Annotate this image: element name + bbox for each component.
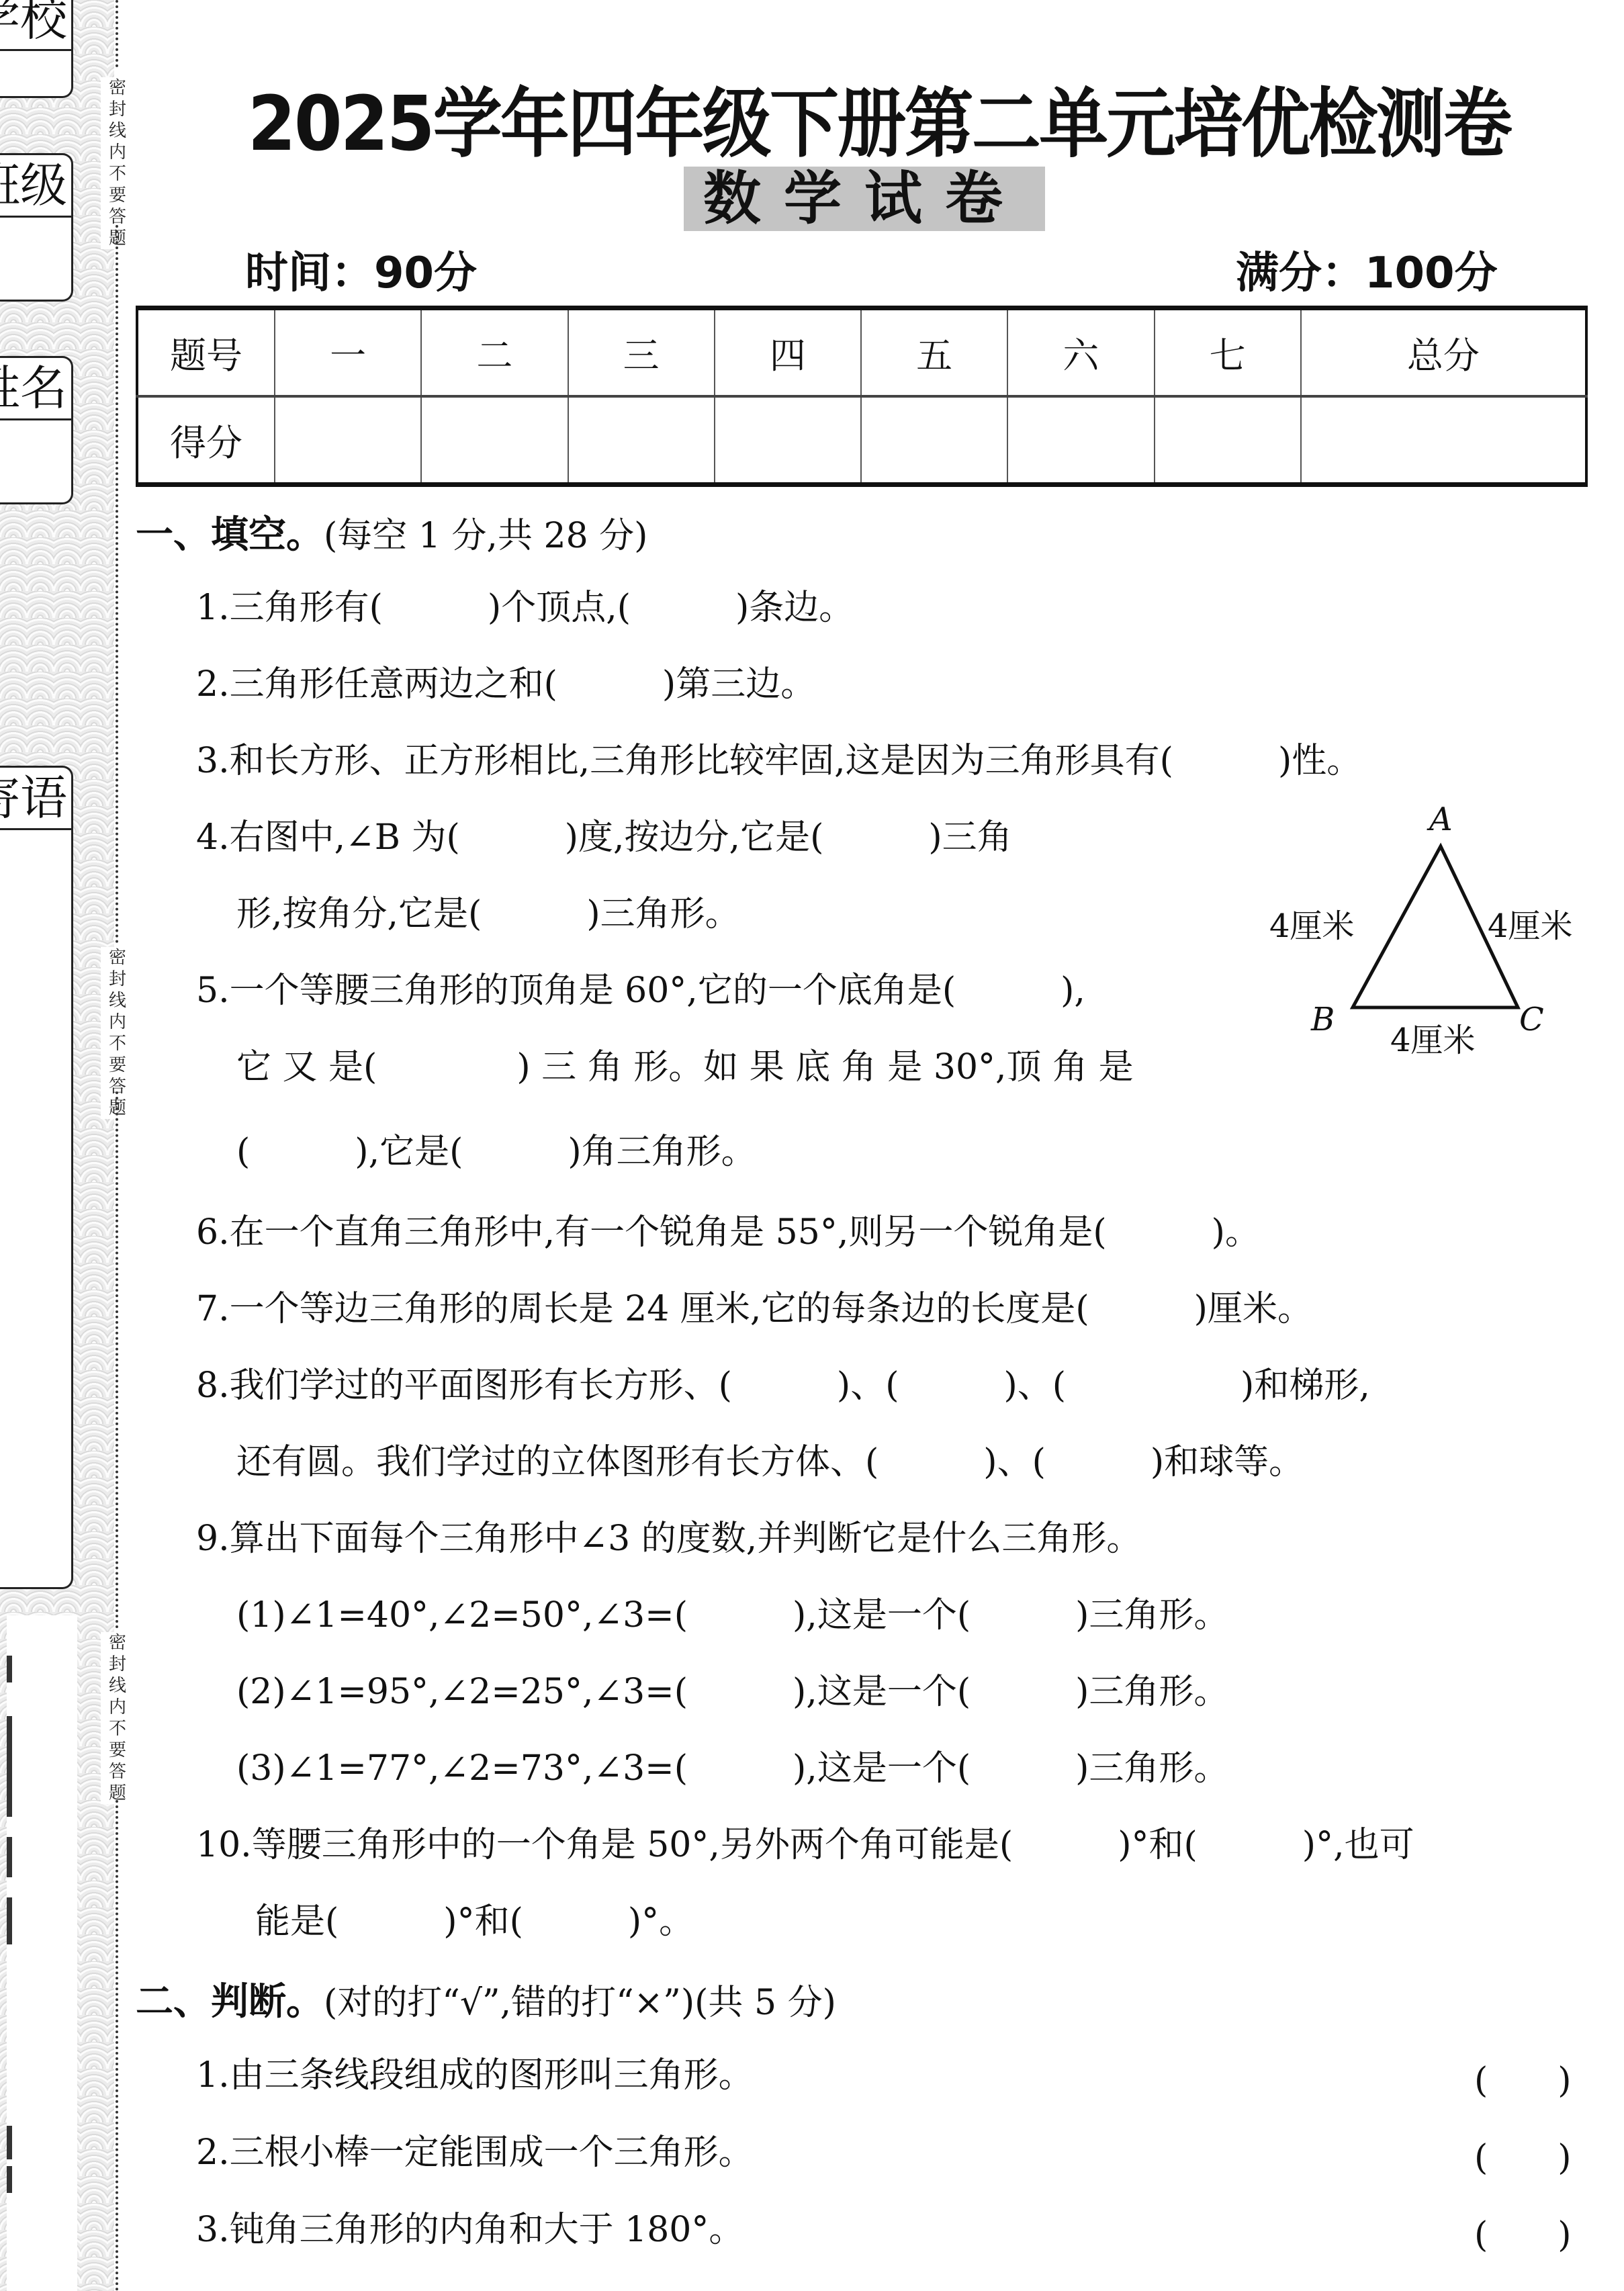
question-10-line-2: 能是( )°和( )°。: [255, 1898, 694, 1945]
school-field[interactable]: 学校: [0, 0, 73, 98]
judge-item-3: 3.钝角三角形的内角和大于 180°。: [196, 2206, 743, 2253]
triangle-figure: A B C 4厘米 4厘米 4厘米: [1269, 799, 1619, 1081]
judge-item-1: 1.由三条线段组成的图形叫三角形。: [196, 2052, 754, 2099]
question-5-line-3: ( ),它是( )角三角形。: [236, 1128, 756, 1175]
full-score: 满分：100分: [1236, 238, 1498, 300]
vertex-a-label: A: [1429, 801, 1453, 838]
judge-answer-3[interactable]: ( ): [1474, 2206, 1572, 2257]
seal-dotted-line: [116, 1800, 118, 2291]
row-header: 题号: [137, 308, 275, 397]
column-header: 五: [861, 308, 1007, 397]
side-bc-label: 4厘米: [1390, 1014, 1476, 1061]
question-6: 6.在一个直角三角形中,有一个锐角是 55°,则另一个锐角是( )。: [196, 1209, 1260, 1256]
seal-dotted-line: [116, 0, 118, 67]
question-9-1: (1)∠1=40°,∠2=50°,∠3=( ),这是一个( )三角形。: [236, 1592, 1228, 1639]
question-8-line-1: 8.我们学过的平面图形有长方形、( )、( )、( )和梯形,: [196, 1362, 1370, 1409]
seal-text-1: 密封线内不要答题: [101, 77, 134, 249]
score-cell[interactable]: [1301, 396, 1586, 485]
message-field[interactable]: 寄语: [0, 766, 73, 1589]
vertex-b-label: B: [1311, 1001, 1335, 1038]
column-header: 六: [1007, 308, 1154, 397]
score-cell[interactable]: [568, 396, 715, 485]
class-label: 班级: [0, 155, 71, 218]
question-4-line-2: 形,按角分,它是( )三角形。: [236, 891, 740, 938]
vertex-c-label: C: [1519, 1001, 1544, 1038]
class-field[interactable]: 班级: [0, 153, 73, 302]
question-5-line-1: 5.一个等腰三角形的顶角是 60°,它的一个底角是( ),: [196, 967, 1085, 1014]
side-ab-label: 4厘米: [1269, 900, 1355, 946]
column-header: 七: [1155, 308, 1301, 397]
score-cell[interactable]: [1155, 396, 1301, 485]
subject-title: 数学试卷: [684, 167, 1045, 231]
section-1-title: 一、填空。: [136, 513, 324, 557]
row-header: 得分: [137, 396, 275, 485]
seal-text-3: 密封线内不要答题: [101, 1632, 134, 1804]
message-label: 寄语: [0, 768, 71, 830]
exam-time: 时间：90分: [245, 238, 477, 300]
section-2-title: 二、判断。: [136, 1980, 324, 2024]
question-4-line-1: 4.右图中,∠B 为( )度,按边分,它是( )三角: [196, 814, 1012, 861]
judge-answer-2[interactable]: ( ): [1474, 2129, 1572, 2180]
question-8-line-2: 还有圆。我们学过的立体图形有长方体、( )、( )和球等。: [236, 1439, 1304, 1486]
name-field[interactable]: 姓名: [0, 356, 73, 504]
section-1-heading: 一、填空。(每空 1 分,共 28 分): [136, 505, 647, 559]
score-cell[interactable]: [1007, 396, 1154, 485]
score-cell[interactable]: [275, 396, 421, 485]
section-2-heading: 二、判断。(对的打“√”,错的打“×”)(共 5 分): [136, 1972, 836, 2026]
score-table: 题号 一 二 三 四 五 六 七 总分 得分: [136, 306, 1588, 487]
section-2-note: (对的打“√”,错的打“×”)(共 5 分): [324, 1983, 836, 2023]
column-header: 三: [568, 308, 715, 397]
side-ac-label: 4厘米: [1488, 900, 1573, 946]
column-header: 一: [275, 308, 421, 397]
score-cell[interactable]: [861, 396, 1007, 485]
seal-dotted-line: [116, 225, 118, 944]
judge-item-2: 2.三根小棒一定能围成一个三角形。: [196, 2129, 754, 2176]
judge-answer-1[interactable]: ( ): [1474, 2052, 1572, 2102]
question-3: 3.和长方形、正方形相比,三角形比较牢固,这是因为三角形具有( )性。: [196, 737, 1361, 784]
question-9: 9.算出下面每个三角形中∠3 的度数,并判断它是什么三角形。: [196, 1515, 1141, 1562]
question-7: 7.一个等边三角形的周长是 24 厘米,它的每条边的长度是( )厘米。: [196, 1286, 1312, 1333]
question-10-line-1: 10.等腰三角形中的一个角是 50°,另外两个角可能是( )°和( )°,也可: [196, 1822, 1414, 1869]
school-label: 学校: [0, 0, 71, 51]
side-banner: [7, 1615, 77, 2291]
score-cell[interactable]: [421, 396, 568, 485]
page-title: 2025学年四年级下册第二单元培优检测卷: [194, 64, 1565, 172]
table-row-question-numbers: 题号 一 二 三 四 五 六 七 总分: [137, 308, 1586, 397]
section-1-note: (每空 1 分,共 28 分): [324, 516, 647, 556]
table-row-scores: 得分: [137, 396, 1586, 485]
column-header: 总分: [1301, 308, 1586, 397]
column-header: 四: [715, 308, 861, 397]
question-1: 1.三角形有( )个顶点,( )条边。: [196, 584, 854, 631]
question-2: 2.三角形任意两边之和( )第三边。: [196, 661, 815, 708]
score-cell[interactable]: [715, 396, 861, 485]
question-9-3: (3)∠1=77°,∠2=73°,∠3=( ),这是一个( )三角形。: [236, 1745, 1228, 1792]
question-9-2: (2)∠1=95°,∠2=25°,∠3=( ),这是一个( )三角形。: [236, 1668, 1228, 1715]
column-header: 二: [421, 308, 568, 397]
name-label: 姓名: [0, 358, 71, 420]
seal-dotted-line: [116, 1091, 118, 1629]
question-5-line-2: 它 又 是( ) 三 角 形。如 果 底 角 是 30°,顶 角 是: [236, 1044, 1134, 1091]
